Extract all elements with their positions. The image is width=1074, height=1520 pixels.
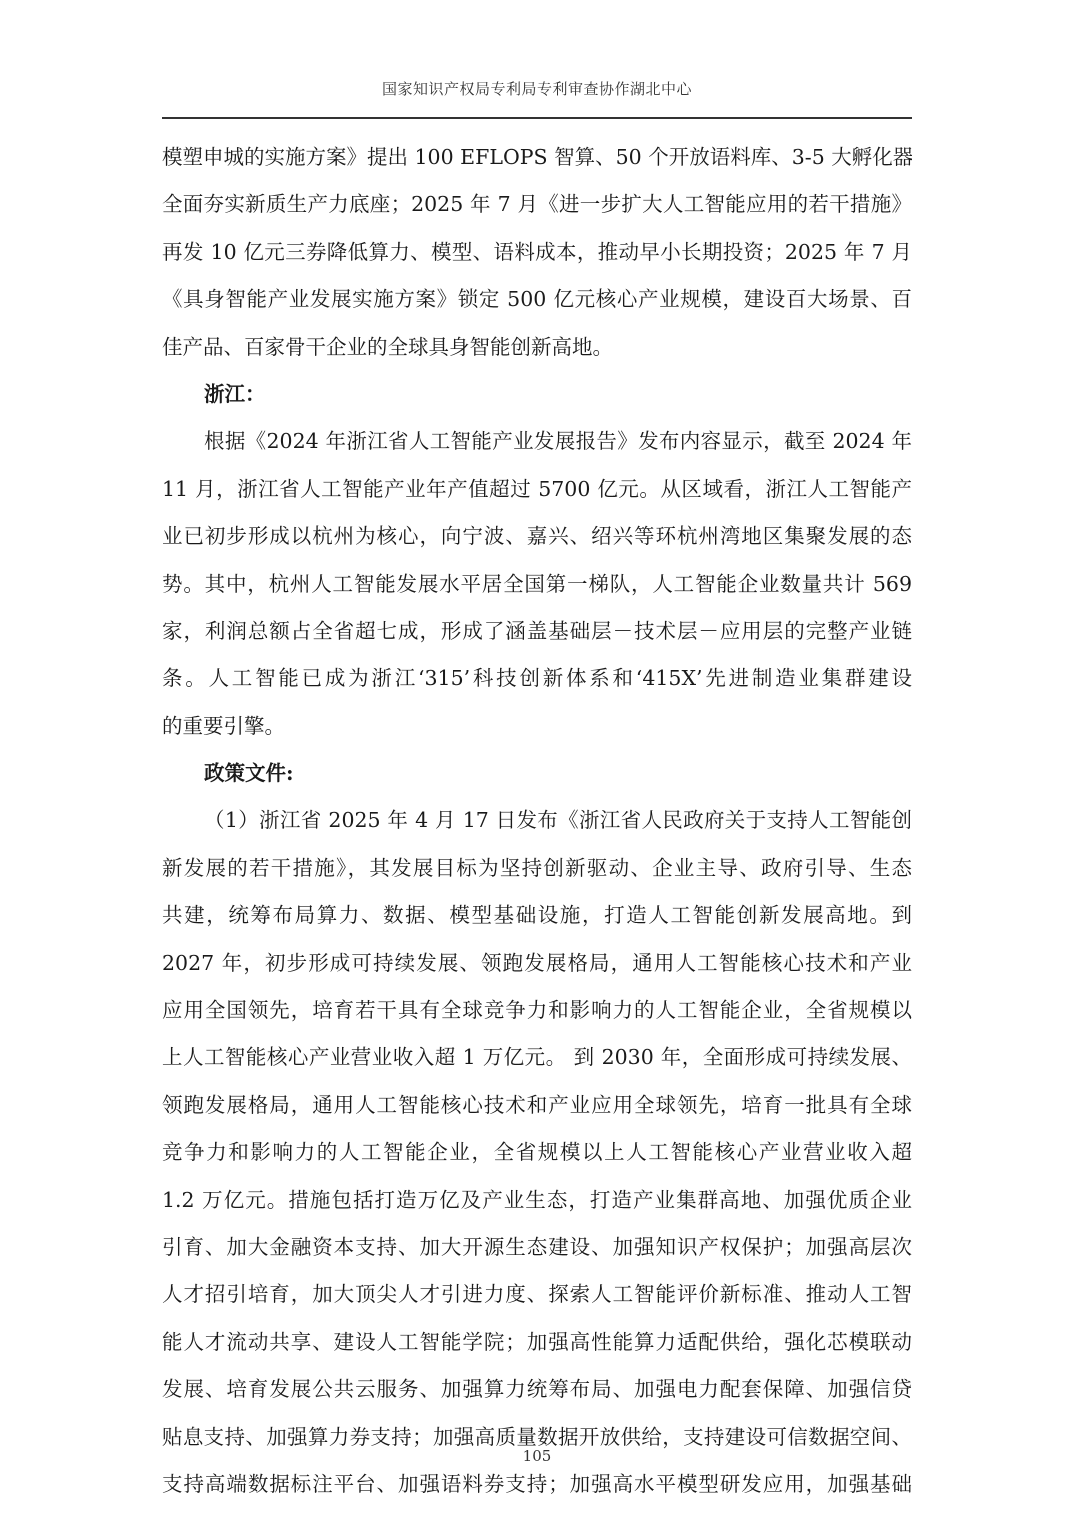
text-line: 11 月，浙江省人工智能产业年产值超过 5700 亿元。从区域看，浙江人工智能产 bbox=[162, 466, 912, 513]
text-line: 根据《2024 年浙江省人工智能产业发展报告》发布内容显示，截至 2024 年 bbox=[162, 418, 912, 465]
text-line: 应用全国领先，培育若干具有全球竞争力和影响力的人工智能企业，全省规模以 bbox=[162, 987, 912, 1034]
section-heading-policy: 政策文件: bbox=[162, 750, 912, 797]
text-line: （1）浙江省 2025 年 4 月 17 日发布《浙江省人民政府关于支持人工智能… bbox=[162, 797, 912, 844]
text-line: 的重要引擎。 bbox=[162, 703, 912, 750]
text-line: 全面夯实新质生产力底座；2025 年 7 月《进一步扩大人工智能应用的若干措施》 bbox=[162, 181, 912, 228]
page-number: 105 bbox=[0, 1447, 1074, 1465]
text-line: 发展、培育发展公共云服务、加强算力统筹布局、加强电力配套保障、加强信贷 bbox=[162, 1366, 912, 1413]
text-line: 模塑申城的实施方案》提出 100 EFLOPS 智算、50 个开放语料库、3-5… bbox=[162, 134, 912, 181]
text-line: 领跑发展格局，通用人工智能核心技术和产业应用全球领先，培育一批具有全球 bbox=[162, 1082, 912, 1129]
text-line: 人才招引培育，加大顶尖人才引进力度、探索人工智能评价新标准、推动人工智 bbox=[162, 1271, 912, 1318]
text-line: 《具身智能产业发展实施方案》锁定 500 亿元核心产业规模，建设百大场景、百 bbox=[162, 276, 912, 323]
text-line: 共建，统筹布局算力、数据、模型基础设施，打造人工智能创新发展高地。到 bbox=[162, 892, 912, 939]
running-header: 国家知识产权局专利局专利审查协作湖北中心 bbox=[0, 78, 1074, 99]
page-body: 模塑申城的实施方案》提出 100 EFLOPS 智算、50 个开放语料库、3-5… bbox=[162, 134, 912, 1508]
header-divider bbox=[162, 117, 912, 119]
text-line: 佳产品、百家骨干企业的全球具身智能创新高地。 bbox=[162, 324, 912, 371]
text-line: 1.2 万亿元。措施包括打造万亿及产业生态，打造产业集群高地、加强优质企业 bbox=[162, 1177, 912, 1224]
text-line: 上人工智能核心产业营业收入超 1 万亿元。 到 2030 年，全面形成可持续发展… bbox=[162, 1034, 912, 1081]
text-line: 引育、加大金融资本支持、加大开源生态建设、加强知识产权保护；加强高层次 bbox=[162, 1224, 912, 1271]
text-line: 家，利润总额占全省超七成，形成了涵盖基础层－技术层－应用层的完整产业链 bbox=[162, 608, 912, 655]
text-line: 能人才流动共享、建设人工智能学院；加强高性能算力适配供给，强化芯模联动 bbox=[162, 1319, 912, 1366]
text-line: 势。其中，杭州人工智能发展水平居全国第一梯队，人工智能企业数量共计 569 bbox=[162, 561, 912, 608]
text-line: 新发展的若干措施》，其发展目标为坚持创新驱动、企业主导、政府引导、生态 bbox=[162, 845, 912, 892]
section-heading-zhejiang: 浙江： bbox=[162, 371, 912, 418]
text-line: 条。人工智能已成为浙江‘315’科技创新体系和‘415X’先进制造业集群建设 bbox=[162, 655, 912, 702]
text-line: 业已初步形成以杭州为核心，向宁波、嘉兴、绍兴等环杭州湾地区集聚发展的态 bbox=[162, 513, 912, 560]
text-line: 支持高端数据标注平台、加强语料券支持；加强高水平模型研发应用，加强基础 bbox=[162, 1461, 912, 1508]
text-line: 再发 10 亿元三券降低算力、模型、语料成本，推动早小长期投资；2025 年 7… bbox=[162, 229, 912, 276]
text-line: 2027 年，初步形成可持续发展、领跑发展格局，通用人工智能核心技术和产业 bbox=[162, 940, 912, 987]
text-line: 竞争力和影响力的人工智能企业，全省规模以上人工智能核心产业营业收入超 bbox=[162, 1129, 912, 1176]
